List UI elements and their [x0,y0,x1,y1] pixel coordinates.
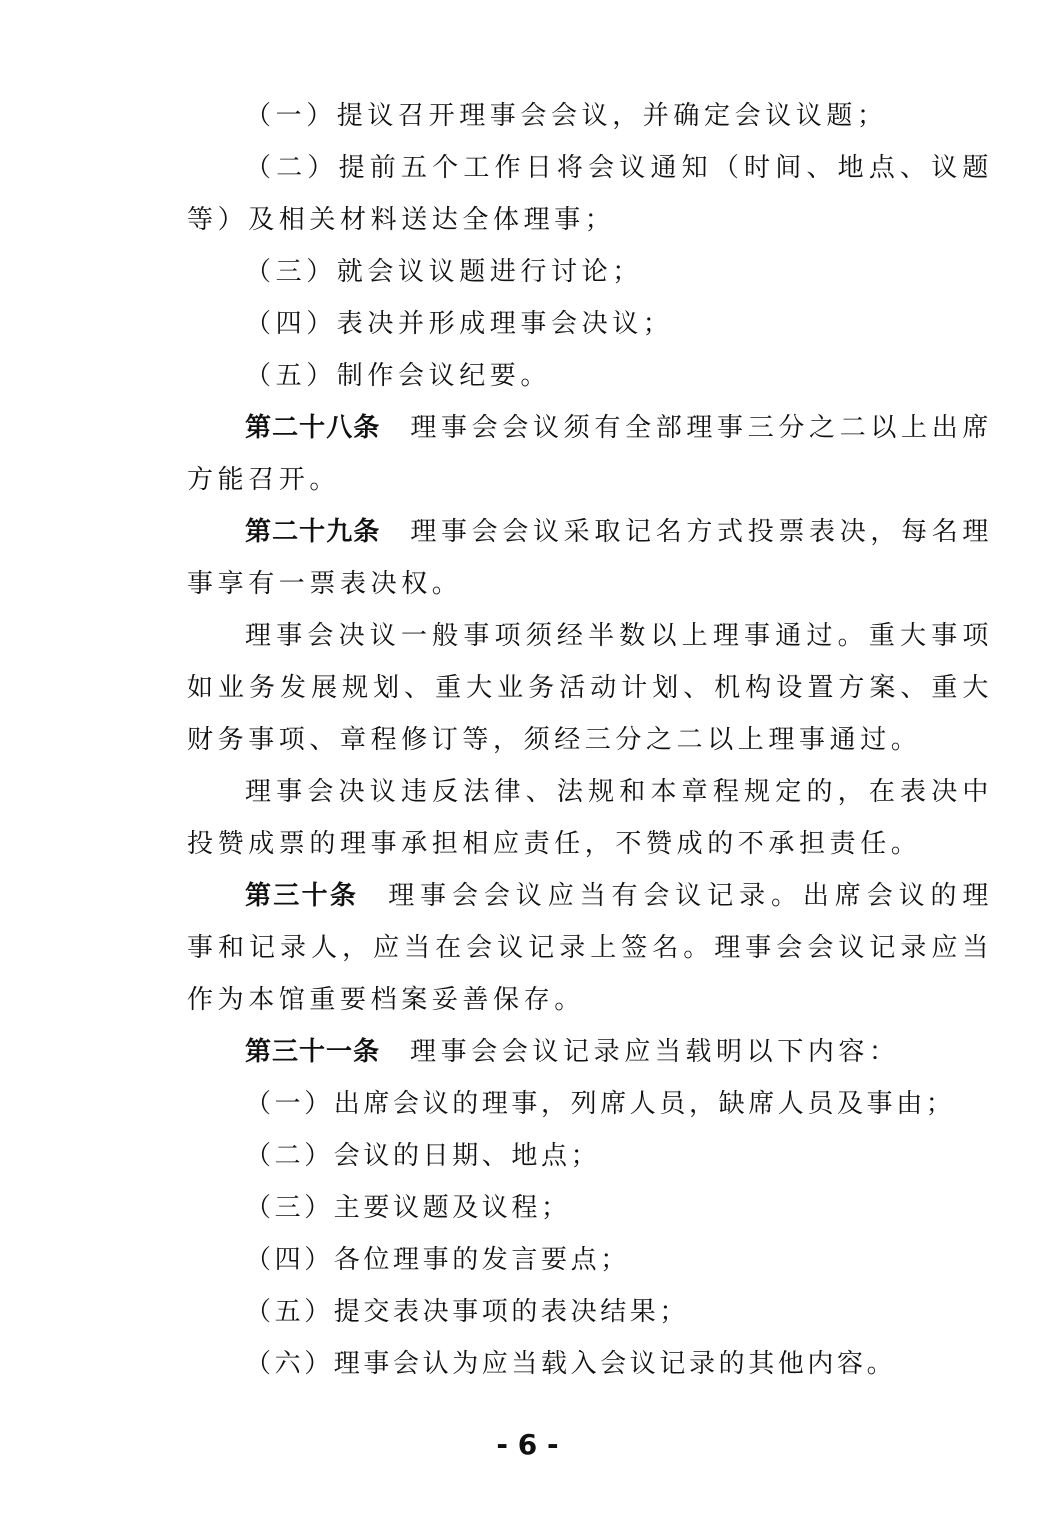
document-body: （一）提议召开理事会会议，并确定会议议题； （二）提前五个工作日将会议通知（时间… [187,90,993,1390]
list-item: （三）就会议议题进行讨论； [187,246,993,298]
paragraph: 理事会决议一般事项须经半数以上理事通过。重大事项如业务发展规划、重大业务活动计划… [187,610,993,766]
article-31: 第三十一条理事会会议记录应当载明以下内容： [187,1026,993,1078]
article-label: 第二十九条 [245,517,380,547]
list-item: （五）制作会议纪要。 [187,350,993,402]
article-30: 第三十条理事会会议应当有会议记录。出席会议的理事和记录人，应当在会议记录上签名。… [187,870,993,1026]
article-29: 第二十九条理事会会议采取记名方式投票表决，每名理事享有一票表决权。 [187,506,993,610]
list-item: （一）出席会议的理事，列席人员，缺席人员及事由； [187,1078,993,1130]
article-text: 理事会会议记录应当载明以下内容： [410,1037,900,1067]
paragraph: 理事会决议违反法律、法规和本章程规定的，在表决中投赞成票的理事承担相应责任，不赞… [187,766,993,870]
list-item: （三）主要议题及议程； [187,1182,993,1234]
article-28: 第二十八条理事会会议须有全部理事三分之二以上出席方能召开。 [187,402,993,506]
list-item: （二）会议的日期、地点； [187,1130,993,1182]
page-number: - 6 - [0,1428,1055,1461]
article-label: 第二十八条 [245,413,380,443]
list-item: （一）提议召开理事会会议，并确定会议议题； [187,90,993,142]
article-label: 第三十条 [245,881,358,911]
list-item: （五）提交表决事项的表决结果； [187,1286,993,1338]
list-item: （四）表决并形成理事会决议； [187,298,993,350]
list-item: （四）各位理事的发言要点； [187,1234,993,1286]
list-item: （二）提前五个工作日将会议通知（时间、地点、议题等）及相关材料送达全体理事； [187,142,993,246]
article-label: 第三十一条 [245,1037,380,1067]
list-item: （六）理事会认为应当载入会议记录的其他内容。 [187,1338,993,1390]
